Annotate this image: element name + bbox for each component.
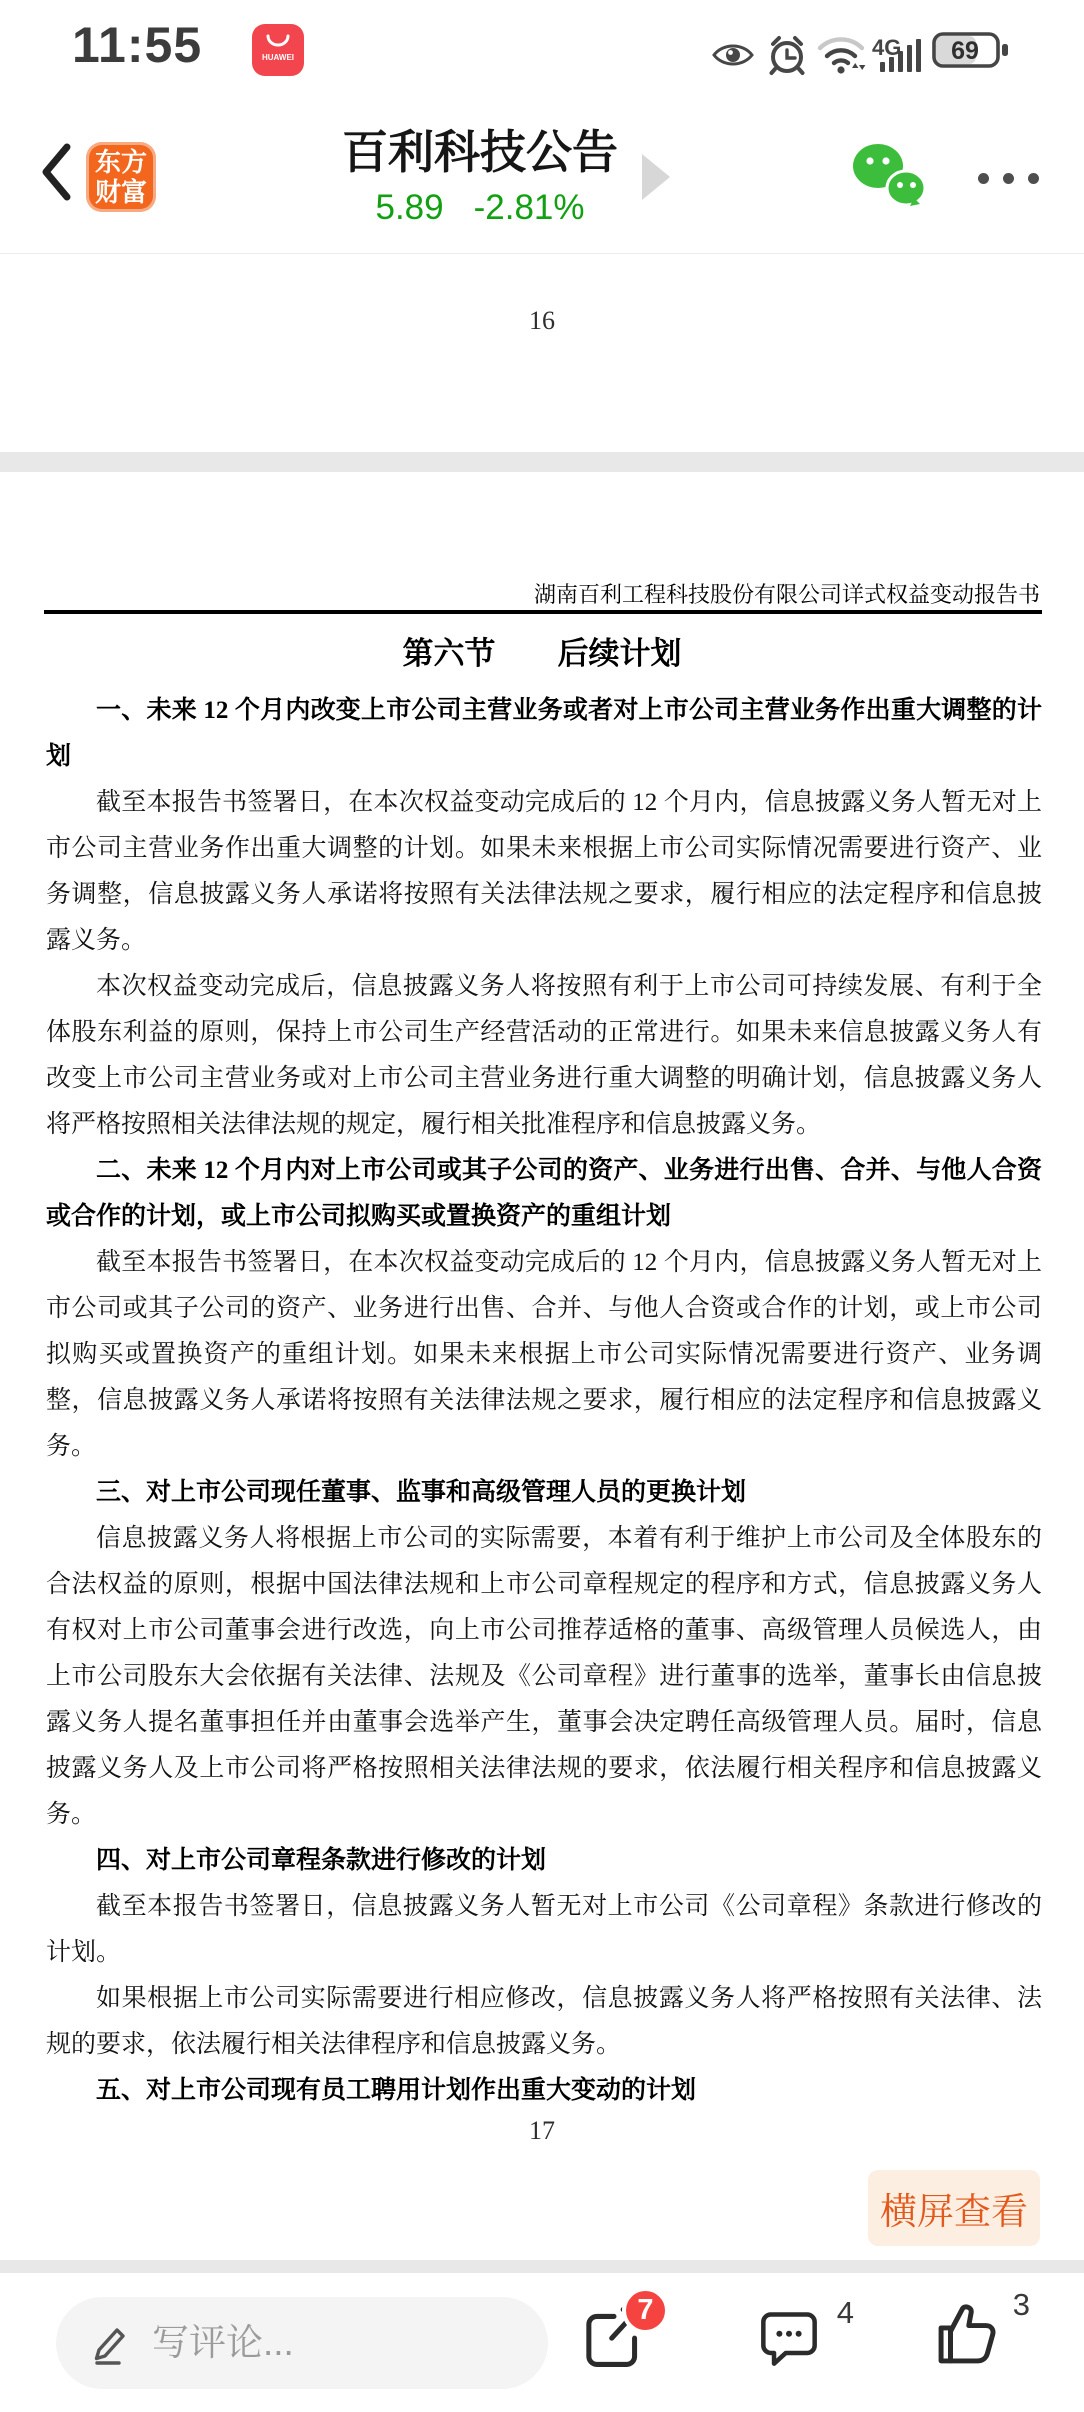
doc-heading: 一、未来 12 个月内改变上市公司主营业务或者对上市公司主营业务作出重大调整的计…	[46, 688, 1042, 780]
doc-paragraph: 本次权益变动完成后，信息披露义务人将按照有利于上市公司可持续发展、有利于全体股东…	[46, 964, 1042, 1148]
doc-paragraph: 截至本报告书签署日，信息披露义务人暂无对上市公司《公司章程》条款进行修改的计划。	[46, 1884, 1042, 1976]
appgallery-label: HUAWEI	[262, 53, 294, 62]
app-screen: 11:55 HUAWEI 4G	[0, 0, 1084, 2412]
page-number-17: 17	[0, 2116, 1084, 2146]
cellular-signal-icon: 4G	[872, 34, 930, 74]
status-bar: 11:55 HUAWEI 4G	[0, 0, 1084, 90]
doc-running-header: 湖南百利工程科技股份有限公司详式权益变动报告书	[44, 578, 1040, 609]
doc-paragraph: 截至本报告书签署日，在本次权益变动完成后的 12 个月内，信息披露义务人暂无对上…	[46, 1240, 1042, 1470]
wechat-share-button[interactable]	[850, 140, 930, 216]
thumbs-up-icon	[934, 2299, 1000, 2371]
like-button[interactable]: 3	[934, 2299, 1004, 2383]
doc-paragraph: 截至本报告书签署日，在本次权益变动完成后的 12 个月内，信息披露义务人暂无对上…	[46, 780, 1042, 964]
stock-quote: 5.89 -2.81%	[0, 188, 960, 228]
clock-time: 11:55	[72, 16, 202, 74]
doc-heading: 五、对上市公司现有员工聘用计划作出重大变动的计划	[46, 2068, 1042, 2114]
doc-paragraph: 信息披露义务人将根据上市公司的实际需要，本着有利于维护上市公司及全体股东的合法权…	[46, 1516, 1042, 1838]
title-block: 百利科技公告 5.89 -2.81%	[0, 124, 960, 228]
comment-field[interactable]	[150, 2321, 484, 2365]
eye-comfort-icon	[712, 40, 754, 70]
toolbar-separator	[0, 2260, 1084, 2273]
doc-heading: 四、对上市公司章程条款进行修改的计划	[46, 1838, 1042, 1884]
doc-body: 一、未来 12 个月内改变上市公司主营业务或者对上市公司主营业务作出重大调整的计…	[46, 688, 1042, 2114]
doc-heading: 三、对上市公司现任董事、监事和高级管理人员的更换计划	[46, 1470, 1042, 1516]
header: 东方 财富 百利科技公告 5.89 -2.81%	[0, 90, 1084, 254]
document-viewer[interactable]: 16 湖南百利工程科技股份有限公司详式权益变动报告书 第六节 后续计划 一、未来…	[0, 254, 1084, 2260]
more-dots-icon	[978, 173, 989, 184]
comments-button[interactable]: 4	[758, 2307, 828, 2391]
more-menu-button[interactable]	[978, 168, 1039, 188]
doc-section-title: 第六节 后续计划	[0, 628, 1084, 673]
share-button[interactable]: 7	[582, 2301, 652, 2385]
doc-paragraph: 如果根据上市公司实际需要进行相应修改，信息披露义务人将严格按照有关法律、法规的要…	[46, 1976, 1042, 2068]
alarm-icon	[766, 33, 808, 77]
battery-icon: 69	[932, 30, 1010, 70]
comment-input[interactable]	[56, 2297, 548, 2389]
page-title: 百利科技公告	[0, 124, 960, 180]
doc-heading: 二、未来 12 个月内对上市公司或其子公司的资产、业务进行出售、合并、与他人合资…	[46, 1148, 1042, 1240]
like-count: 3	[1013, 2287, 1030, 2323]
stock-change: -2.81%	[474, 188, 585, 228]
page-number-16: 16	[0, 306, 1084, 336]
expand-quote-arrow-icon[interactable]	[642, 154, 670, 200]
comment-bubble-icon	[758, 2307, 820, 2369]
landscape-view-button[interactable]: 横屏查看	[868, 2170, 1040, 2246]
stock-price: 5.89	[375, 188, 443, 228]
wechat-icon	[850, 140, 930, 216]
comments-count: 4	[837, 2295, 854, 2331]
share-badge: 7	[622, 2287, 669, 2334]
appgallery-notification-icon: HUAWEI	[252, 24, 304, 76]
wifi-icon	[816, 32, 866, 76]
doc-header-rule	[44, 610, 1042, 614]
network-type-label: 4G	[872, 35, 901, 60]
pencil-icon	[90, 2320, 132, 2366]
page-separator	[0, 452, 1084, 472]
battery-percent: 69	[951, 37, 979, 65]
bottom-toolbar: 7 4 3	[0, 2273, 1084, 2412]
